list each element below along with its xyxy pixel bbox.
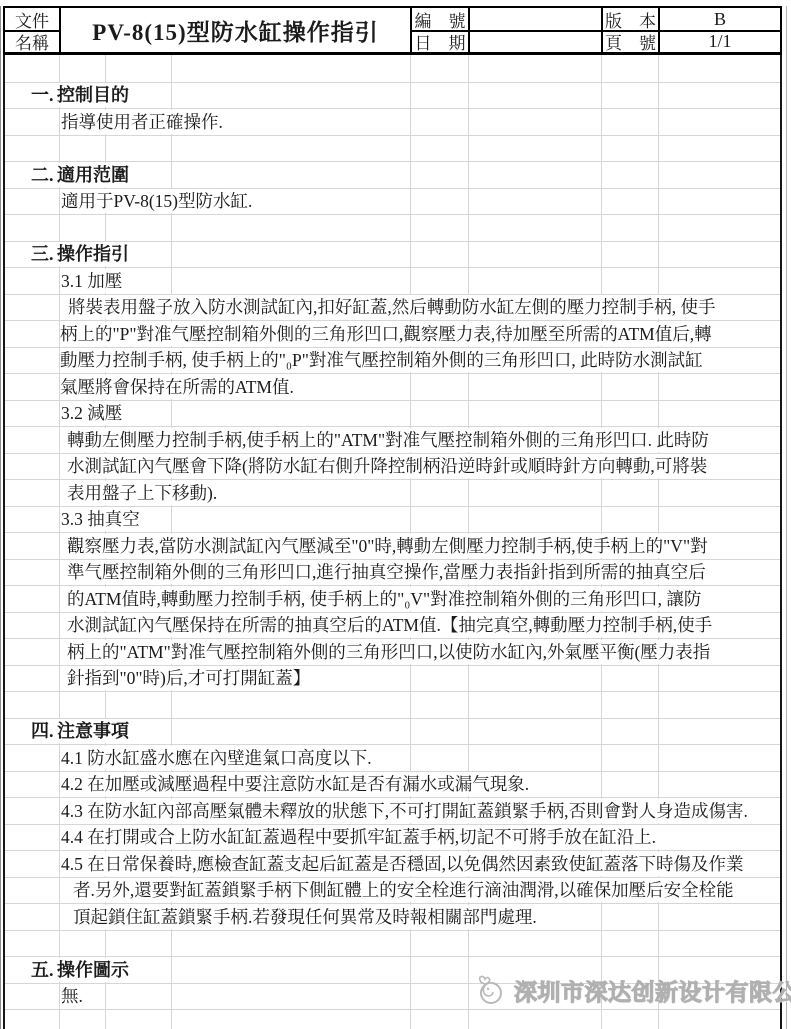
section-heading-text: 二. bbox=[31, 163, 58, 187]
section-heading-text: 四. bbox=[31, 719, 58, 743]
version-label: 版 本 bbox=[603, 8, 658, 30]
section-heading-text: 適用范圍 bbox=[57, 163, 133, 187]
row-text: 4.5 在日常保養時,應檢查缸蓋支起后缸蓋是否穩固,以免偶然因素致使缸蓋落下時傷… bbox=[61, 852, 748, 876]
row-text: 者.另外,還要對缸蓋鎖緊手柄下側缸體上的安全栓進行滴油潤滑,以確保加壓后安全栓能 bbox=[73, 878, 738, 902]
document-title: PV-8(15)型防水缸操作指引 bbox=[61, 8, 410, 52]
section-heading-text: 三. bbox=[31, 242, 58, 266]
watermark: 深圳市深达创新设计有限公司 bbox=[472, 968, 782, 1012]
document-page: 一.控制目的指導使用者正確操作.二.適用范圍適用于PV-8(15)型防水缸.三.… bbox=[0, 0, 791, 1029]
page-right-border bbox=[780, 6, 782, 1029]
section-heading-text: 控制目的 bbox=[57, 83, 133, 107]
row-text: 柄上的"ATM"對准气壓控制箱外側的三角形凹口,以使防水缸內,外氣壓平衡(壓力表… bbox=[67, 640, 714, 664]
row-text: 頂起鎖住缸蓋鎖緊手柄.若發現任何異常及時報相關部門處理. bbox=[73, 905, 541, 929]
row-text: 3.3 抽真空 bbox=[61, 507, 144, 531]
page-value: 1/1 bbox=[660, 31, 780, 52]
row-text: 4.2 在加壓或減壓過程中要注意防水缸是否有漏水或漏气現象. bbox=[61, 772, 533, 796]
page-label: 頁 號 bbox=[603, 31, 658, 52]
page-right-outer-line bbox=[786, 6, 787, 1029]
version-value: B bbox=[660, 8, 780, 30]
row-text: 動壓力控制手柄, 使手柄上的"₀P"對准气壓控制箱外側的三角形凹口, 此時防水測… bbox=[60, 348, 707, 372]
row-text: 將裝表用盤子放入防水測試缸內,扣好缸蓋,然后轉動防水缸左側的壓力控制手柄, 使手 bbox=[68, 295, 720, 319]
section-heading-text: 五. bbox=[31, 958, 58, 982]
gridline-h bbox=[5, 691, 780, 692]
row-text: 適用于PV-8(15)型防水缸. bbox=[61, 189, 256, 213]
row-text: 觀察壓力表,當防水測試缸內气壓減至"0"時,轉動左側壓力控制手柄,使手柄上的"V… bbox=[67, 534, 712, 558]
row-text: 的ATM值時,轉動壓力控制手柄, 使手柄上的"₀V"對准控制箱外側的三角形凹口,… bbox=[67, 587, 705, 611]
row-text: 準气壓控制箱外側的三角形凹口,進行抽真空操作,當壓力表指針指到所需的抽真空后 bbox=[67, 560, 710, 584]
doc-name-label-line2: 名稱 bbox=[5, 31, 59, 52]
row-text: 水測試缸內气壓保持在所需的抽真空后的ATM值.【抽完真空,轉動壓力控制手柄,使手 bbox=[67, 613, 716, 637]
row-text: 4.4 在打開或合上防水缸缸蓋過程中要抓牢缸蓋手柄,切記不可將手放在缸沿上. bbox=[61, 825, 660, 849]
section-heading-text: 操作指引 bbox=[57, 242, 133, 266]
doc-name-label-line1: 文件 bbox=[5, 8, 59, 30]
gridline-v bbox=[59, 55, 60, 1029]
gridline-h bbox=[5, 214, 780, 215]
watermark-text: 深圳市深达创新设计有限公司 bbox=[514, 974, 791, 1007]
row-text: 3.2 減壓 bbox=[61, 401, 126, 425]
number-label: 編 號 bbox=[412, 8, 468, 30]
section-heading-text: 一. bbox=[31, 83, 58, 107]
row-text: 轉動左側壓力控制手柄,使手柄上的"ATM"對准气壓控制箱外側的三角形凹口. 此時… bbox=[67, 428, 713, 452]
row-text: 氣壓將會保持在所需的ATM值. bbox=[60, 375, 298, 399]
row-text: 表用盤子上下移動). bbox=[67, 481, 221, 505]
row-text: 指導使用者正確操作. bbox=[61, 110, 227, 134]
section-heading-text: 注意事項 bbox=[57, 719, 133, 743]
row-text: 針指到"0"時)后,才可打開缸蓋】 bbox=[67, 666, 314, 690]
page-left-outer-line bbox=[0, 6, 1, 1029]
gridline-h bbox=[5, 930, 780, 931]
row-text: 4.3 在防水缸內部高壓氣體未釋放的狀態下,不可打開缸蓋鎖緊手柄,否則會對人身造… bbox=[61, 799, 752, 823]
row-text: 水測試缸內气壓會下降(將防水缸右側升降控制柄沿逆時針或順時針方向轉動,可將裝 bbox=[67, 454, 711, 478]
header-table: 文件 名稱 PV-8(15)型防水缸操作指引 編 號 日 期 版 本 頁 號 B… bbox=[3, 6, 782, 55]
date-label: 日 期 bbox=[412, 31, 468, 52]
number-value bbox=[470, 8, 601, 30]
gridline-h bbox=[5, 135, 780, 136]
date-value bbox=[470, 31, 601, 52]
row-text: 柄上的"P"對准气壓控制箱外側的三角形凹口,觀察壓力表,待加壓至所需的ATM值后… bbox=[60, 322, 716, 346]
company-logo-icon bbox=[472, 972, 508, 1008]
row-text: 無. bbox=[61, 984, 87, 1008]
row-text: 3.1 加壓 bbox=[61, 269, 126, 293]
section-heading-text: 操作圖示 bbox=[57, 958, 133, 982]
page-left-border bbox=[3, 6, 5, 1029]
row-text: 4.1 防水缸盛水應在內壁進氣口高度以下. bbox=[61, 746, 376, 770]
